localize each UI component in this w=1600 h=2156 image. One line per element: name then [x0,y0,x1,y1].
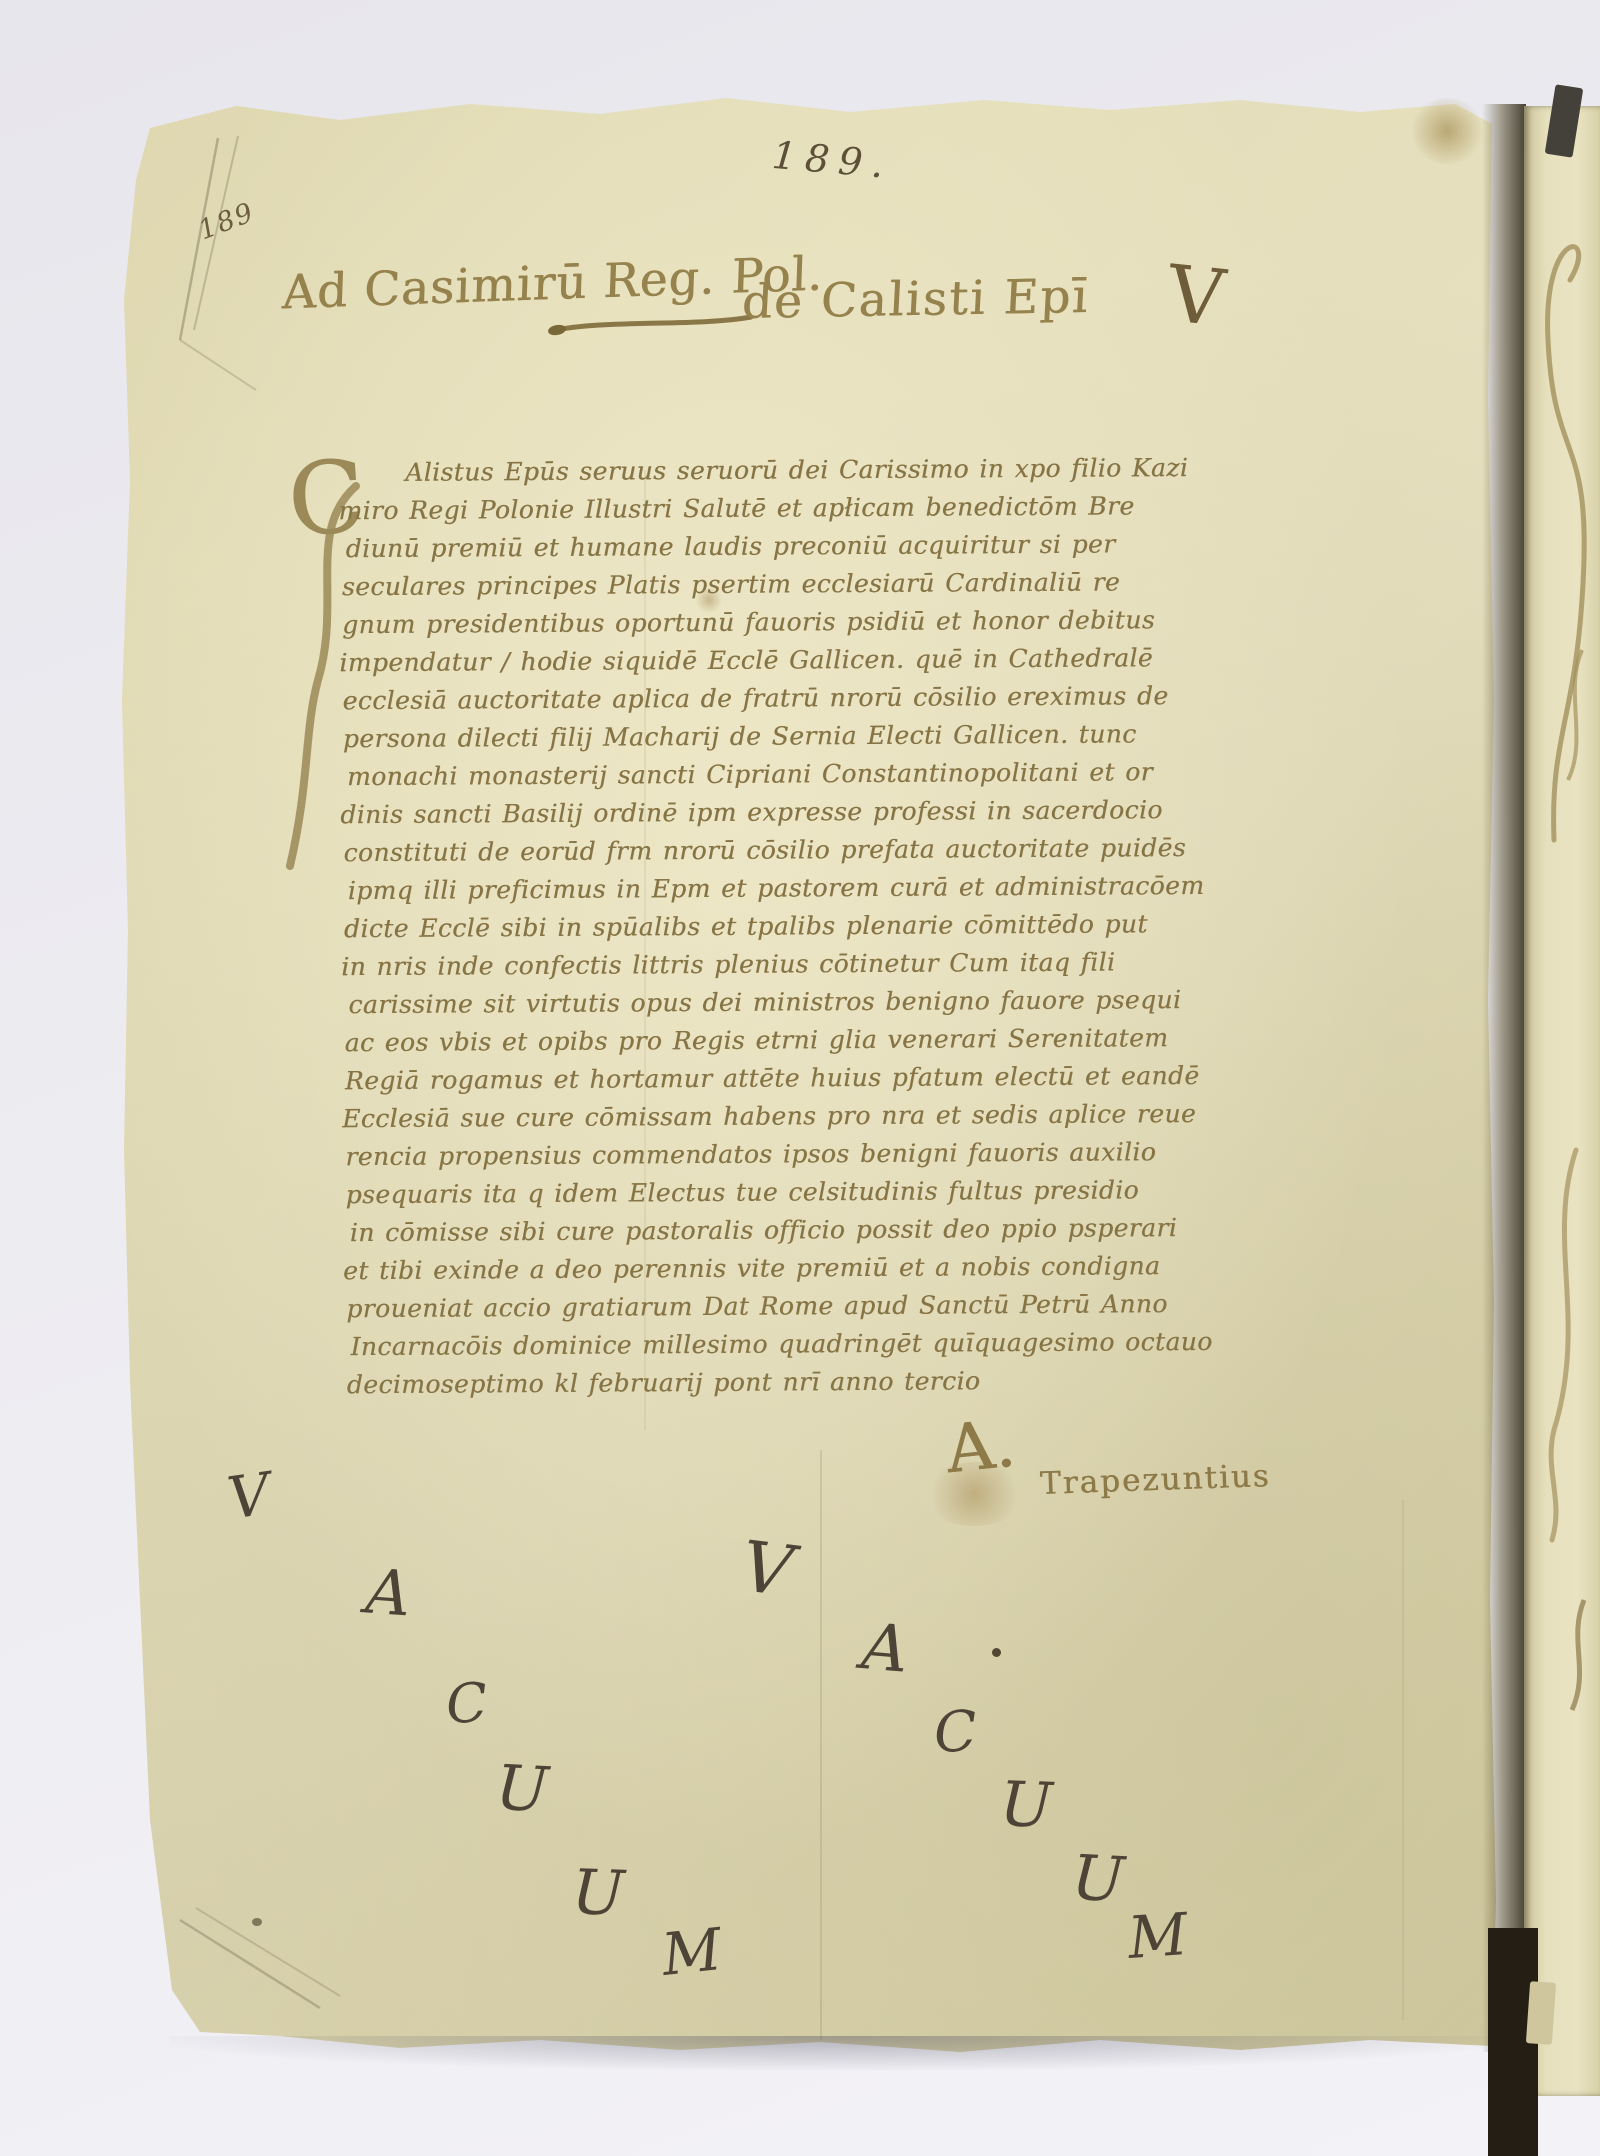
letter-line: rencia propensius commendatos ipsos beni… [345,1134,1065,1176]
vacuum-letter: V [737,1525,797,1613]
ink-speck-2 [252,1918,262,1926]
heading-source: de Calisti Epī [741,269,1091,330]
letter-line: decimoseptimo kl februarij pont nrī anno… [347,1362,1067,1404]
vacuum-letter: U [494,1751,550,1827]
vacuum-letter: M [659,1915,725,1989]
stain-top-right [1408,98,1486,164]
ink-speck [992,1648,1001,1657]
letter-line: Regiā rogamus et hortamur attēte huius p… [345,1058,1065,1100]
corner-crease-lines-bottom [170,1900,430,2050]
letter-line: Incarnacōis dominice millesimo quadringē… [350,1324,1066,1366]
heading-flourish-line [545,312,755,338]
letter-line: carissime sit virtutis opus dei ministro… [348,982,1064,1024]
letter-line: dinis sancti Basilij ordinē ipm expresse… [340,792,1063,834]
letter-line: et tibi exinde a deo perennis vite premi… [343,1248,1066,1290]
vacuum-letter: U [1070,1841,1126,1917]
vacuum-letter: U [571,1855,626,1930]
signature-initial: A. [942,1405,1018,1489]
vacuum-letter: A [859,1610,911,1688]
letter-line: seculares principes Platis psertim eccle… [342,564,1062,606]
letter-line: miro Regi Polonie Illustri Salutē et apł… [338,488,1061,530]
letter-line: monachi monasterij sancti Cipriani Const… [347,754,1063,796]
fold-line-vertical [820,1450,822,2040]
letter-line: persona dilecti filij Macharij de Sernia… [343,716,1063,758]
fold-line-right [1402,1500,1404,2020]
vacuum-letter: A [364,1555,414,1631]
vacuum-letter: C [444,1671,490,1737]
letter-line: ac eos vbis et opibs pro Regis etrni gli… [345,1020,1065,1062]
letter-line: impendatur / hodie siquidē Ecclē Gallice… [339,640,1062,682]
book-gutter [1482,104,1526,2052]
letter-line: Ecclesiā sue cure cōmissam habens pro nr… [342,1096,1065,1138]
letter-body: Alistus Epūs seruus seruorū dei Carissim… [341,450,1067,1404]
vacuum-letter: U [999,1767,1054,1842]
vacuum-letter: M [1126,1900,1190,1972]
manuscript-photo: 189 189. Ad Casimirū Reg. Pol. de Calist… [0,0,1600,2156]
letter-line: ipmq illi preficimus in Epm et pastorem … [348,868,1064,910]
letter-line: dicte Ecclē sibi in spūalibs et tpalibs … [344,906,1064,948]
facing-page-flourish [1524,220,1600,1720]
letter-line: in cōmisse sibi cure pastoralis officio … [350,1210,1066,1252]
heading-check-mark: V [1163,249,1228,344]
letter-line: ecclesiā auctoritate aplica de fratrū nr… [342,678,1062,720]
letter-line: proueniat accio gratiarum Dat Rome apud … [346,1286,1066,1328]
letter-line: constituti de eorūd frm nrorū cōsilio pr… [343,830,1063,872]
vacuum-letter: C [932,1699,978,1766]
letter-line: gnum presidentibus oportunū fauoris psid… [342,602,1062,644]
letter-line: psequaris ita q idem Electus tue celsitu… [346,1172,1066,1214]
letter-line: in nris inde confectis littris plenius c… [341,944,1064,986]
parchment-tab [1526,1981,1556,2045]
letter-line: Alistus Epūs seruus seruorū dei Carissim… [405,450,1061,492]
letter-line: diunū premiū et humane laudis preconiū a… [346,526,1062,568]
